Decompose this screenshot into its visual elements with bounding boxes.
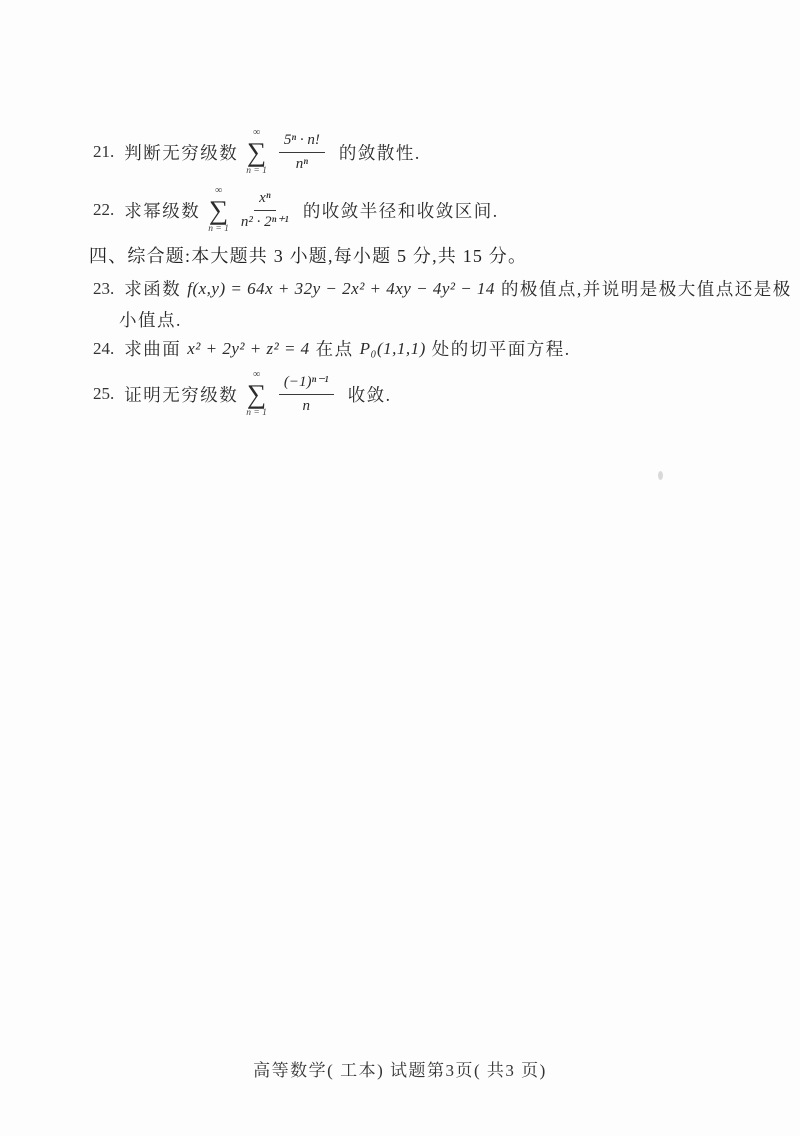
question-text-lead: 求幂级数 [124, 198, 200, 223]
sigma-icon: ∑ [247, 138, 266, 167]
formula: x² + 2y² + z² = 4 [187, 339, 309, 359]
question-number: 25. [93, 384, 114, 404]
question-number: 22. [93, 200, 114, 220]
fraction-denominator: n² · 2ⁿ⁺¹ [241, 211, 289, 232]
fraction: xⁿ n² · 2ⁿ⁺¹ [241, 189, 289, 232]
question-21: 21. 判断无穷级数 ∞ ∑ n = 1 5ⁿ · n! nⁿ 的敛散性. [93, 128, 421, 177]
question-number: 24. [93, 339, 114, 359]
exam-page: 21. 判断无穷级数 ∞ ∑ n = 1 5ⁿ · n! nⁿ 的敛散性. 22… [0, 0, 800, 1136]
fraction: (−1)ⁿ⁻¹ n [279, 373, 334, 416]
point-notation: P₀(1,1,1) [360, 339, 426, 359]
question-text-tail: 的极值点,并说明是极大值点还是极 [501, 276, 792, 301]
question-number: 21. [93, 142, 114, 162]
sum-lower-bound: n = 1 [246, 409, 267, 419]
sum-lower-bound: n = 1 [246, 167, 267, 177]
summation-symbol: ∞ ∑ n = 1 [246, 128, 267, 177]
question-22: 22. 求幂级数 ∞ ∑ n = 1 xⁿ n² · 2ⁿ⁺¹ 的收敛半径和收敛… [93, 186, 499, 235]
question-text-tail: 的敛散性. [339, 140, 421, 165]
question-text-tail: 处的切平面方程. [432, 336, 571, 361]
question-text-lead: 判断无穷级数 [124, 140, 238, 165]
page-footer: 高等数学( 工本) 试题第3页( 共3 页) [0, 1056, 800, 1081]
question-text-tail: 收敛. [348, 382, 392, 407]
question-text-lead: 证明无穷级数 [124, 382, 238, 407]
question-24: 24. 求曲面 x² + 2y² + z² = 4 在点 P₀(1,1,1) 处… [93, 336, 571, 361]
fraction-numerator: (−1)ⁿ⁻¹ [279, 373, 334, 395]
summation-symbol: ∞ ∑ n = 1 [246, 370, 267, 419]
sum-lower-bound: n = 1 [208, 225, 229, 235]
sigma-icon: ∑ [247, 380, 266, 409]
question-number: 23. [93, 279, 114, 299]
fraction-denominator: n [303, 395, 311, 416]
summation-symbol: ∞ ∑ n = 1 [208, 186, 229, 235]
fraction: 5ⁿ · n! nⁿ [279, 131, 325, 174]
fraction-numerator: 5ⁿ · n! [279, 131, 325, 153]
question-text-tail: 的收敛半径和收敛区间. [303, 198, 499, 223]
question-23: 23. 求函数 f(x,y) = 64x + 32y − 2x² + 4xy −… [93, 276, 792, 301]
fraction-denominator: nⁿ [296, 153, 308, 174]
question-23-line2: 小值点. [119, 307, 182, 332]
question-text-lead: 求曲面 [124, 336, 181, 361]
section-heading: 四、综合题:本大题共 3 小题,每小题 5 分,共 15 分。 [89, 242, 527, 268]
fraction-numerator: xⁿ [254, 189, 275, 211]
formula: f(x,y) = 64x + 32y − 2x² + 4xy − 4y² − 1… [187, 279, 495, 299]
question-25: 25. 证明无穷级数 ∞ ∑ n = 1 (−1)ⁿ⁻¹ n 收敛. [93, 370, 392, 419]
section-heading-text: 四、综合题:本大题共 3 小题,每小题 5 分,共 15 分。 [89, 242, 527, 268]
scan-artifact [658, 471, 663, 480]
question-text-mid: 在点 [316, 336, 354, 361]
question-text-continued: 小值点. [119, 307, 182, 332]
sigma-icon: ∑ [209, 196, 228, 225]
question-text-lead: 求函数 [124, 276, 181, 301]
